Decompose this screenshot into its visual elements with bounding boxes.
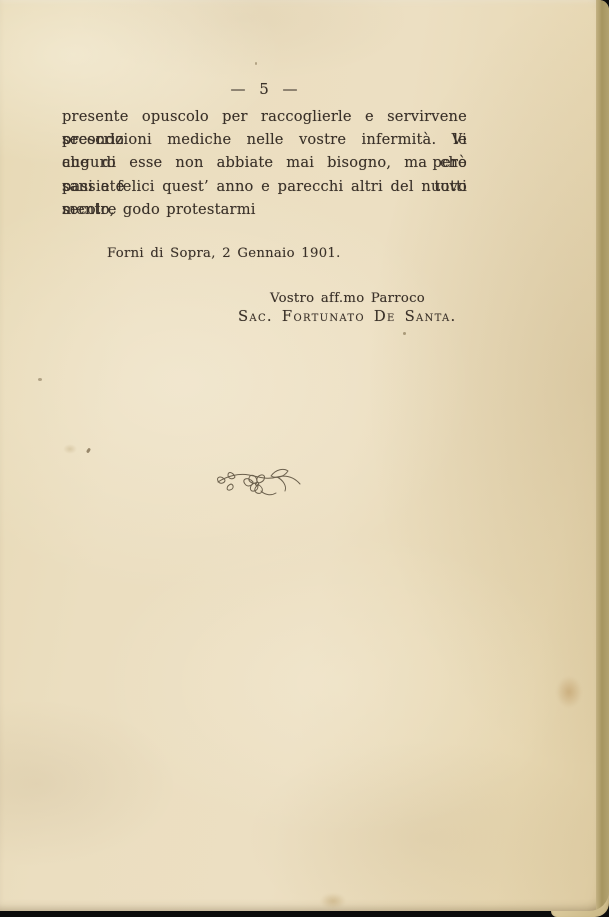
paragraph-line: prescrizioni mediche nelle vostre inferm…: [62, 128, 467, 151]
paper-stain: [320, 893, 346, 909]
body-paragraph: presente opuscolo per raccoglierle e ser…: [62, 105, 467, 221]
page-paper: — 5 — presente opuscolo per raccoglierle…: [0, 0, 609, 911]
paragraph-line: che di esse non abbiate mai bisogno, ma …: [62, 151, 467, 174]
scanned-document-page: — 5 — presente opuscolo per raccoglierle…: [0, 0, 609, 917]
paper-speck: [403, 332, 406, 335]
dateline: Forni di Sopra, 2 Gennaio 1901.: [107, 246, 341, 261]
page-fore-edge: [596, 0, 609, 911]
paper-speck: [86, 448, 91, 454]
paper-stain: [63, 444, 77, 454]
floral-ornament-icon: [215, 460, 303, 504]
signature: Sac. Fortunato De Santa.: [238, 308, 457, 325]
paper-speck: [38, 378, 42, 381]
paragraph-line: sani e felici quest’ anno e parecchi alt…: [62, 175, 467, 198]
closing-salutation: Vostro aff.mo Parroco: [270, 291, 425, 306]
paper-stain: [556, 676, 582, 708]
paragraph-line: mentre godo protestarmi: [62, 198, 467, 221]
paper-speck: [255, 62, 257, 65]
paragraph-line: presente opuscolo per raccoglierle e ser…: [62, 105, 467, 128]
page-number: — 5 —: [62, 80, 467, 98]
